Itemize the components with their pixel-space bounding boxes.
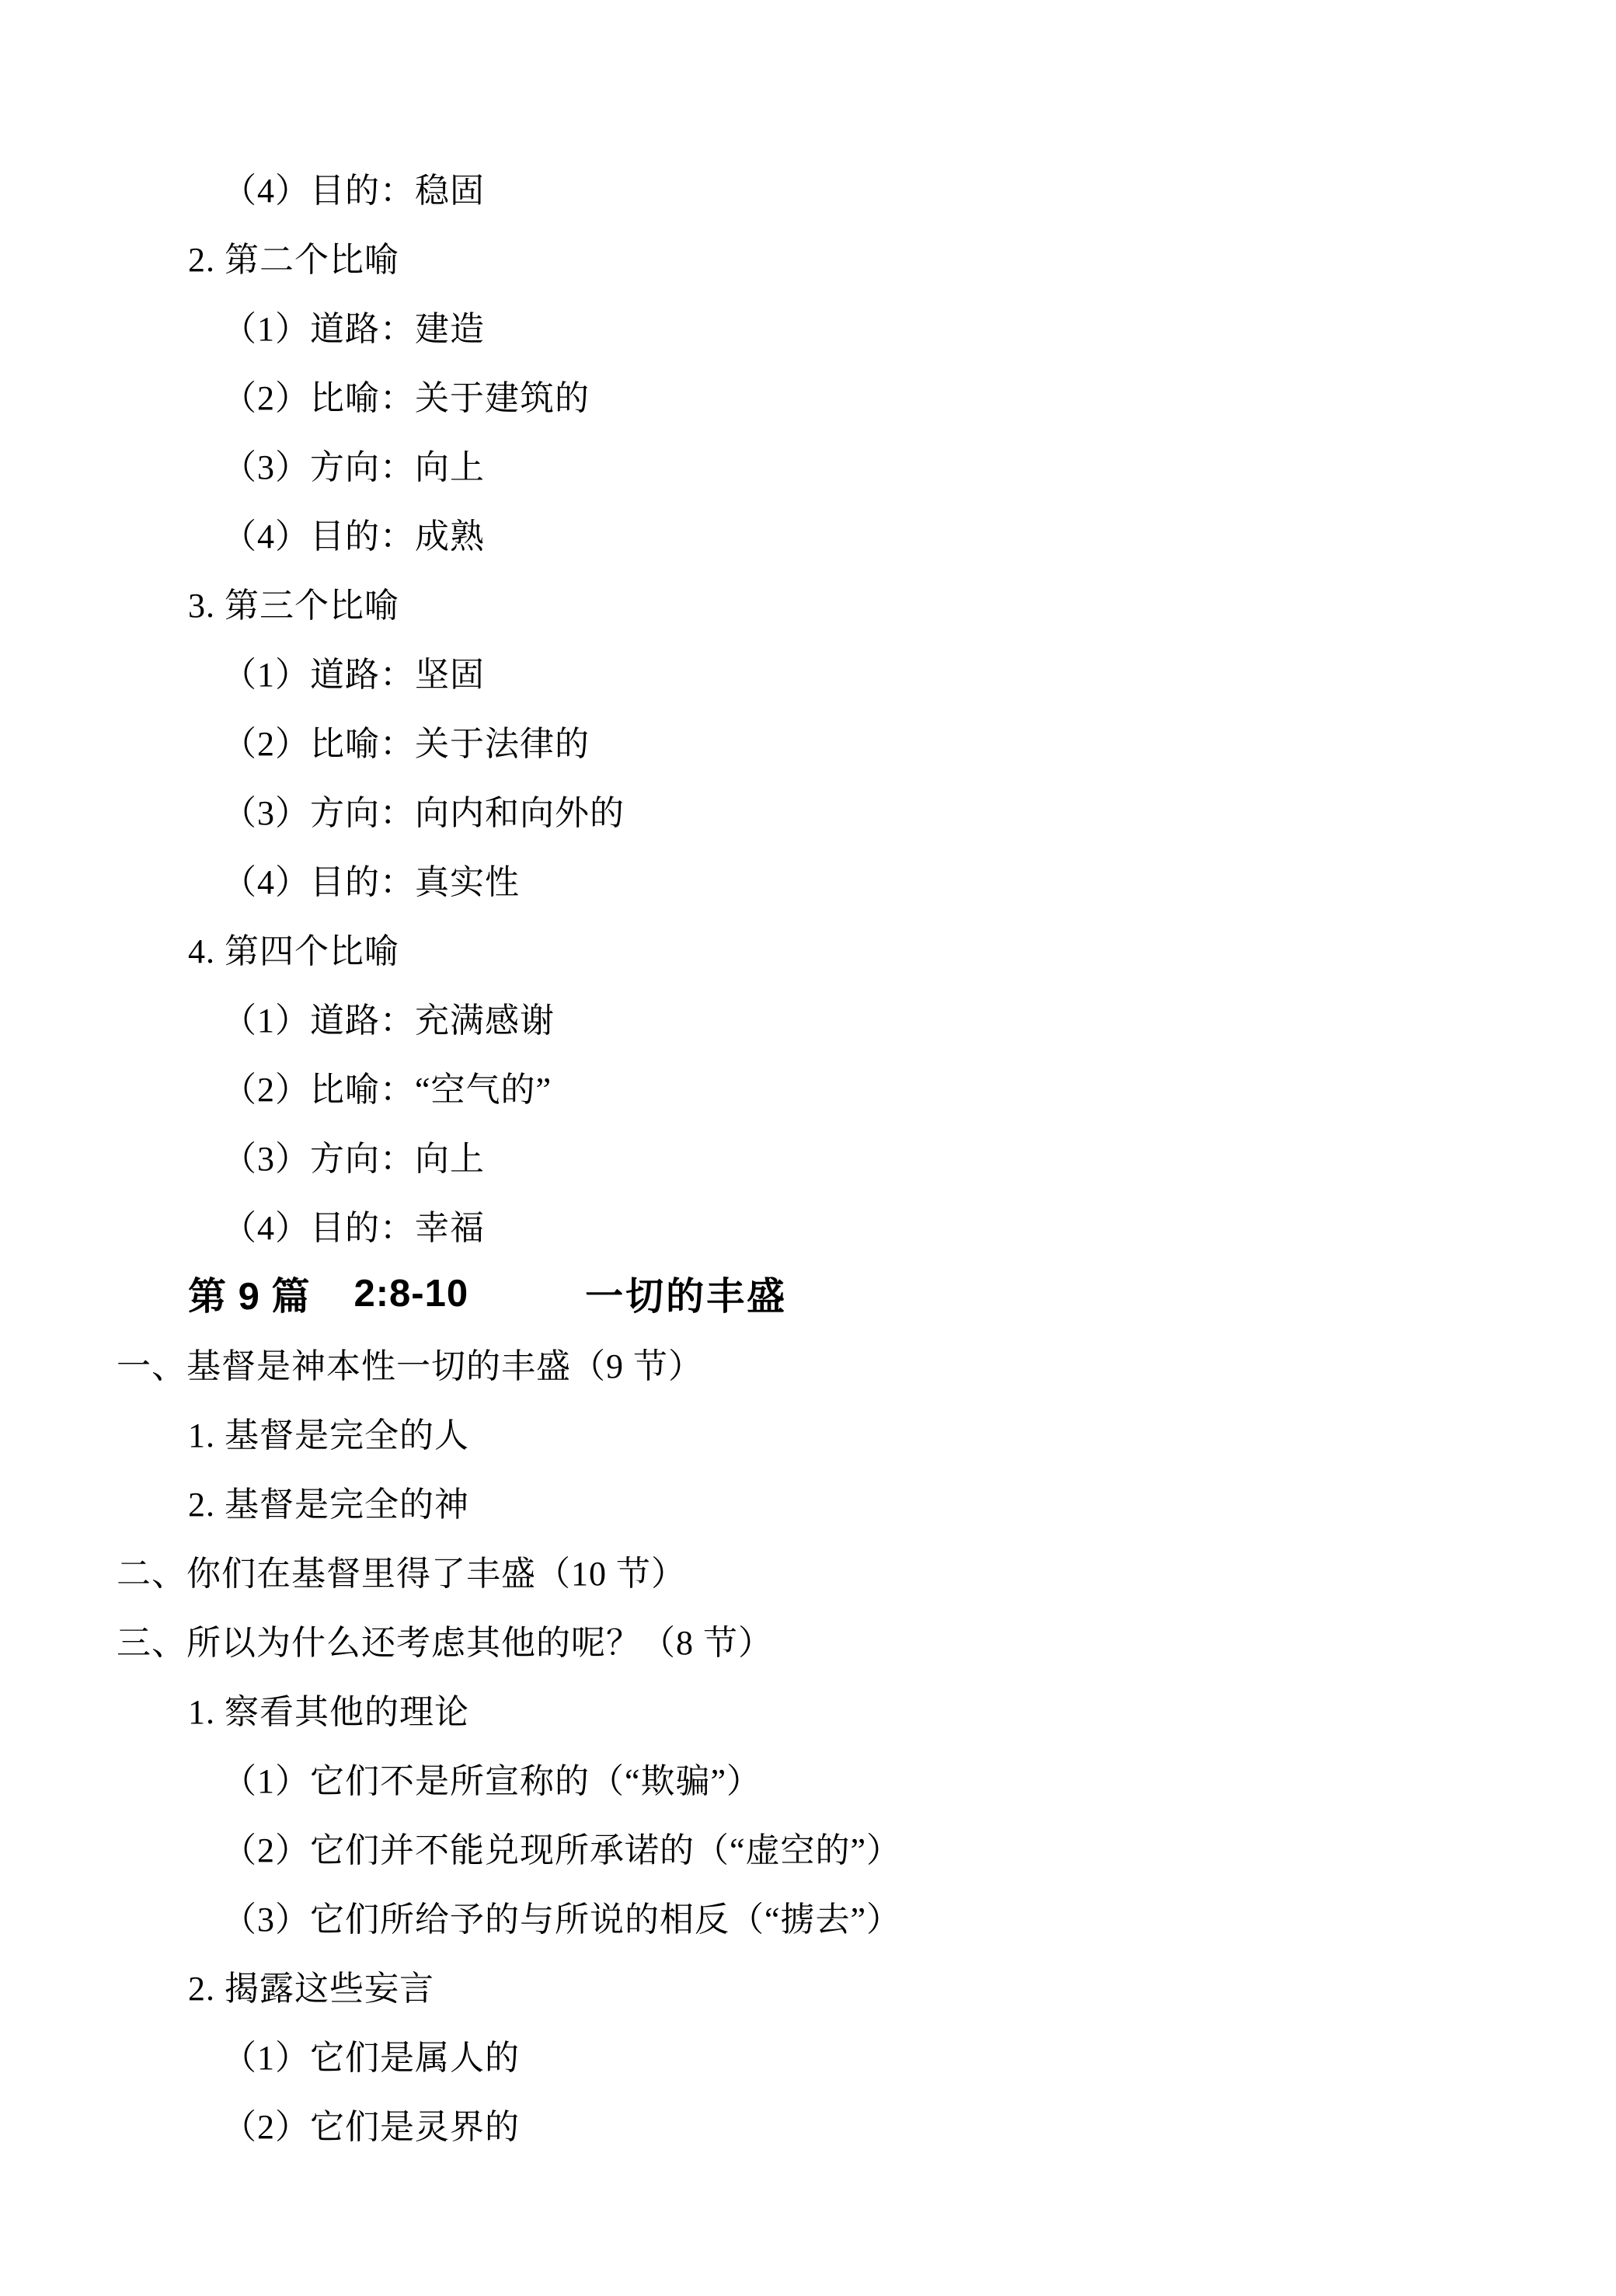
outline-item: （2）它们并不能兑现所承诺的（“虚空的”） <box>0 1812 1616 1881</box>
section-heading-title: 一切的丰盛 <box>585 1266 787 1321</box>
outline-item: （3）方向：向上 <box>0 1120 1616 1190</box>
outline-item: （2）比喻：关于法律的 <box>0 706 1616 775</box>
outline-item: （1）道路：充满感谢 <box>0 982 1616 1051</box>
outline-item: （1）它们是属人的 <box>0 2019 1616 2089</box>
outline-item: （2）比喻：关于建筑的 <box>0 360 1616 429</box>
outline-item: 二、你们在基督里得了丰盛（10 节） <box>0 1535 1616 1604</box>
document-page: （4）目的：稳固 2. 第二个比喻 （1）道路：建造 （2）比喻：关于建筑的 （… <box>0 0 1616 2296</box>
outline-document: （4）目的：稳固 2. 第二个比喻 （1）道路：建造 （2）比喻：关于建筑的 （… <box>0 0 1616 2158</box>
outline-item: （4）目的：幸福 <box>0 1190 1616 1259</box>
outline-item: 3. 第三个比喻 <box>0 567 1616 636</box>
outline-item: （2）它们是灵界的 <box>0 2089 1616 2158</box>
outline-item: （3）方向：向上 <box>0 429 1616 498</box>
outline-item: 1. 基督是完全的人 <box>0 1397 1616 1466</box>
outline-item: （3）它们所给予的与所说的相反（“掳去”） <box>0 1881 1616 1950</box>
section-heading-reference: 2:8-10 <box>353 1272 468 1315</box>
outline-item: （4）目的：稳固 <box>0 152 1616 221</box>
outline-item: 2. 第二个比喻 <box>0 221 1616 291</box>
outline-item: 三、所以为什么还考虑其他的呢？（8 节） <box>0 1604 1616 1674</box>
outline-item: （3）方向：向内和向外的 <box>0 775 1616 844</box>
outline-item: （4）目的：真实性 <box>0 844 1616 913</box>
outline-item: （1）道路：坚固 <box>0 636 1616 706</box>
outline-item: 一、基督是神本性一切的丰盛（9 节） <box>0 1328 1616 1397</box>
section-heading: 第 9 篇 2:8-10 一切的丰盛 <box>0 1259 1616 1328</box>
outline-item: （4）目的：成熟 <box>0 498 1616 567</box>
outline-item: （1）道路：建造 <box>0 291 1616 360</box>
outline-item: 2. 揭露这些妄言 <box>0 1950 1616 2019</box>
section-heading-number: 第 9 篇 <box>188 1266 310 1321</box>
outline-item: 2. 基督是完全的神 <box>0 1466 1616 1535</box>
outline-item: 4. 第四个比喻 <box>0 913 1616 982</box>
outline-item: 1. 察看其他的理论 <box>0 1674 1616 1743</box>
outline-item: （2）比喻：“空气的” <box>0 1051 1616 1120</box>
outline-item: （1）它们不是所宣称的（“欺骗”） <box>0 1743 1616 1812</box>
